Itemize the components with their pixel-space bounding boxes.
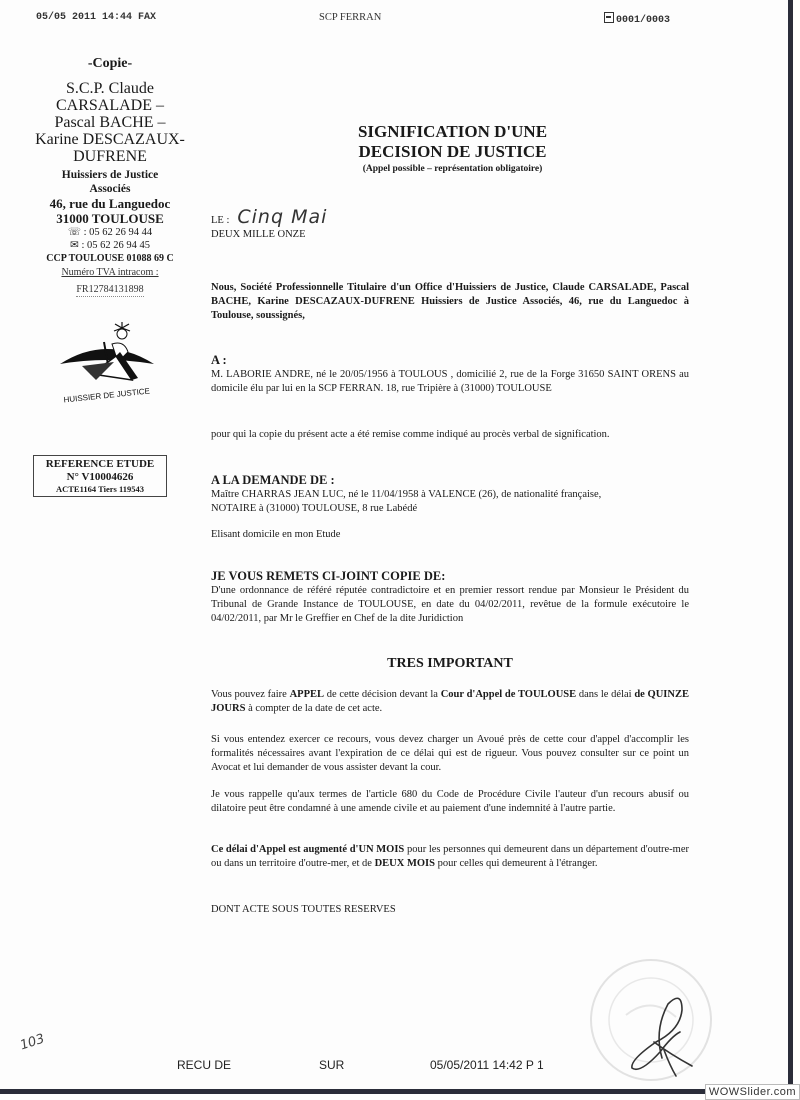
handwritten-page-number: 103 xyxy=(18,1032,46,1054)
firm-line: CARSALADE – xyxy=(20,97,200,114)
title-subtitle: (Appel possible – représentation obligat… xyxy=(290,162,615,176)
closing-statement: DONT ACTE SOUS TOUTES RESERVES xyxy=(211,903,689,917)
text-run: dans le délai xyxy=(576,689,634,700)
text-run-bold: APPEL xyxy=(290,689,324,700)
important-paragraph-2: Si vous entendez exercer ce recours, vou… xyxy=(211,733,689,775)
requester-line-2: NOTAIRE à (31000) TOULOUSE, 8 rue Labédé xyxy=(211,502,689,516)
requester-heading: A LA DEMANDE DE : xyxy=(211,472,689,488)
role-line: Huissiers de Justice xyxy=(20,168,200,182)
fax-page-icon xyxy=(604,12,614,23)
fax-page-number: 0001/0003 xyxy=(616,15,670,26)
fax-number: ✉ : 05 62 26 94 45 xyxy=(20,239,200,252)
important-heading: TRES IMPORTANT xyxy=(211,657,689,671)
fax-received-timestamp: 05/05/2011 14:42 P 1 xyxy=(430,1058,544,1072)
requester-section: A LA DEMANDE DE : Maître CHARRAS JEAN LU… xyxy=(211,472,689,516)
text-run-bold: Cour d'Appel de TOULOUSE xyxy=(441,689,576,700)
fax-received-on: SUR xyxy=(319,1058,344,1072)
intro-paragraph: Nous, Société Professionnelle Titulaire … xyxy=(211,281,689,323)
address-line: 46, rue du Languedoc xyxy=(20,196,200,211)
handwritten-date: Cinq Mai xyxy=(237,206,327,228)
reference-acte: ACTE1164 Tiers 119543 xyxy=(34,484,166,495)
ccp-account: CCP TOULOUSE 01088 69 C xyxy=(20,252,200,266)
text-run: pour celles qui demeurent à l'étranger. xyxy=(435,858,598,869)
firm-line: Pascal BACHE – xyxy=(20,114,200,131)
requester-line-1: Maître CHARRAS JEAN LUC, né le 11/04/195… xyxy=(211,488,689,502)
firm-address: 46, rue du Languedoc 31000 TOULOUSE xyxy=(20,196,200,226)
firm-name: S.C.P. Claude CARSALADE – Pascal BACHE –… xyxy=(20,80,200,165)
important-paragraph-4: Ce délai d'Appel est augmenté d'UN MOIS … xyxy=(211,843,689,871)
recipient-note: pour qui la copie du présent acte a été … xyxy=(211,428,689,442)
watermark-link[interactable]: WOWSlider.com xyxy=(705,1084,800,1100)
fax-sender: SCP FERRAN xyxy=(319,12,381,23)
firm-line: DUFRENE xyxy=(20,148,200,165)
firm-line: Karine DESCAZAUX- xyxy=(20,131,200,148)
text-run: Vous pouvez faire xyxy=(211,689,290,700)
title-line-1: SIGNIFICATION D'UNE xyxy=(290,122,615,142)
text-run: de cette décision devant la xyxy=(324,689,441,700)
huissier-de-justice-logo-icon: HUISSIER DE JUSTICE xyxy=(52,322,162,407)
title-line-2: DECISION DE JUSTICE xyxy=(290,142,615,162)
firm-line: S.C.P. Claude xyxy=(20,80,200,97)
reference-number: N° V10004626 xyxy=(34,471,166,484)
signature-icon xyxy=(620,990,710,1080)
text-run-bold: Ce délai d'Appel est augmenté d'UN MOIS xyxy=(211,844,404,855)
svg-text:HUISSIER DE JUSTICE: HUISSIER DE JUSTICE xyxy=(63,387,150,405)
fax-received-from: RECU DE xyxy=(177,1058,231,1072)
tva-number: FR12784131898 xyxy=(76,283,143,297)
important-paragraph-3: Je vous rappelle qu'aux termes de l'arti… xyxy=(211,788,689,816)
copie-label: -Copie- xyxy=(20,56,200,72)
document-title: SIGNIFICATION D'UNE DECISION DE JUSTICE … xyxy=(290,122,615,176)
date-line: LE : Cinq Mai xyxy=(211,206,327,228)
date-year: DEUX MILLE ONZE xyxy=(211,229,305,240)
text-run: à compter de la date de cet acte. xyxy=(245,703,382,714)
copy-of-section: JE VOUS REMETS CI-JOINT COPIE DE: D'une … xyxy=(211,568,689,626)
important-paragraph-1: Vous pouvez faire APPEL de cette décisio… xyxy=(211,688,689,716)
text-run-bold: DEUX MOIS xyxy=(375,858,435,869)
copy-of-text: D'une ordonnance de référé réputée contr… xyxy=(211,584,689,626)
recipient-section: A : M. LABORIE ANDRE, né le 20/05/1956 à… xyxy=(211,352,689,396)
date-label: LE : xyxy=(211,215,229,226)
office-header: -Copie- S.C.P. Claude CARSALADE – Pascal… xyxy=(20,56,200,297)
tva-label: Numéro TVA intracom : xyxy=(20,266,200,279)
reference-box: REFERENCE ETUDE N° V10004626 ACTE1164 Ti… xyxy=(33,455,167,497)
copy-of-heading: JE VOUS REMETS CI-JOINT COPIE DE: xyxy=(211,568,689,584)
requester-domicile: Elisant domicile en mon Etude xyxy=(211,528,689,542)
recipient-text: M. LABORIE ANDRE, né le 20/05/1956 à TOU… xyxy=(211,368,689,396)
address-line: 31000 TOULOUSE xyxy=(20,211,200,226)
important-section: TRES IMPORTANT xyxy=(211,657,689,671)
role-line: Associés xyxy=(20,182,200,196)
reference-title: REFERENCE ETUDE xyxy=(34,458,166,471)
recipient-heading: A : xyxy=(211,352,689,368)
phone-number: ☏ : 05 62 26 94 44 xyxy=(20,226,200,239)
fax-timestamp: 05/05 2011 14:44 FAX xyxy=(36,12,156,23)
fax-page-counter: 0001/0003 xyxy=(604,12,670,26)
document-page: 05/05 2011 14:44 FAX SCP FERRAN 0001/000… xyxy=(0,0,793,1094)
firm-role: Huissiers de Justice Associés xyxy=(20,168,200,196)
